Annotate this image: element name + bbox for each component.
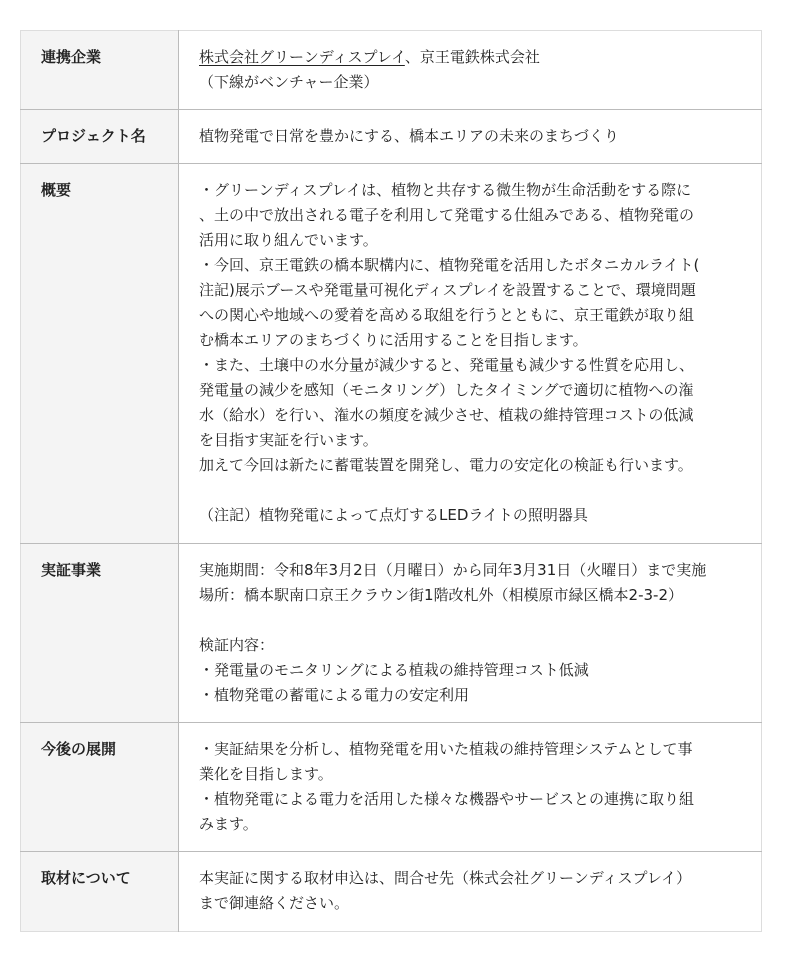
summary-line: を目指す実証を行います。 — [199, 428, 743, 453]
summary-line: ・グリーンディスプレイは、植物と共存する微生物が生命活動をする際に — [199, 178, 743, 203]
row-value-demonstration: 実施期間：令和8年3月2日（月曜日）から同年3月31日（火曜日）まで実施 場所：… — [179, 544, 762, 723]
table-row-press-inquiries: 取材について 本実証に関する取材申込は、問合せ先（株式会社グリーンディスプレイ）… — [21, 852, 762, 932]
demo-verification-item: ・発電量のモニタリングによる植栽の維持管理コスト低減 — [199, 658, 743, 683]
row-value-partners: 株式会社グリーンディスプレイ、京王電鉄株式会社 （下線がベンチャー企業） — [179, 31, 762, 110]
press-line: まで御連絡ください。 — [199, 891, 743, 916]
future-line: 業化を目指します。 — [199, 762, 743, 787]
partners-line: 株式会社グリーンディスプレイ、京王電鉄株式会社 — [199, 45, 743, 70]
table-row-future-plans: 今後の展開 ・実証結果を分析し、植物発電を用いた植栽の維持管理システムとして事 … — [21, 723, 762, 852]
summary-line: ・今回、京王電鉄の橋本駅構内に、植物発電を活用したボタニカルライト( — [199, 253, 743, 278]
table-row-partners: 連携企業 株式会社グリーンディスプレイ、京王電鉄株式会社 （下線がベンチャー企業… — [21, 31, 762, 110]
demo-location: 場所：橋本駅南口京王クラウン街1階改札外（相模原市緑区橋本2-3-2） — [199, 583, 743, 608]
demo-period: 実施期間：令和8年3月2日（月曜日）から同年3月31日（火曜日）まで実施 — [199, 558, 743, 583]
demo-blank-line — [199, 608, 743, 633]
summary-line: への関心や地域への愛着を高める取組を行うとともに、京王電鉄が取り組 — [199, 303, 743, 328]
row-value-future-plans: ・実証結果を分析し、植物発電を用いた植栽の維持管理システムとして事 業化を目指し… — [179, 723, 762, 852]
row-value-project-name: 植物発電で日常を豊かにする、橋本エリアの未来のまちづくり — [179, 110, 762, 164]
future-line: みます。 — [199, 812, 743, 837]
row-label-demonstration: 実証事業 — [21, 544, 179, 723]
future-line: ・植物発電による電力を活用した様々な機器やサービスとの連携に取り組 — [199, 787, 743, 812]
summary-line: ・また、土壌中の水分量が減少すると、発電量も減少する性質を応用し、 — [199, 353, 743, 378]
row-value-summary: ・グリーンディスプレイは、植物と共存する微生物が生命活動をする際に 、土の中で放… — [179, 164, 762, 544]
demo-verification-heading: 検証内容： — [199, 633, 743, 658]
row-label-press-inquiries: 取材について — [21, 852, 179, 932]
summary-line: む橋本エリアのまちづくりに活用することを目指します。 — [199, 328, 743, 353]
partner-company-name: 京王電鉄株式会社 — [420, 48, 540, 66]
summary-blank-line — [199, 478, 743, 503]
partners-note: （下線がベンチャー企業） — [199, 70, 743, 95]
partners-separator: 、 — [405, 48, 420, 66]
project-name-text: 植物発電で日常を豊かにする、橋本エリアの未来のまちづくり — [199, 124, 743, 149]
future-line: ・実証結果を分析し、植物発電を用いた植栽の維持管理システムとして事 — [199, 737, 743, 762]
venture-company-name: 株式会社グリーンディスプレイ — [199, 48, 405, 66]
table-row-demonstration: 実証事業 実施期間：令和8年3月2日（月曜日）から同年3月31日（火曜日）まで実… — [21, 544, 762, 723]
row-label-partners: 連携企業 — [21, 31, 179, 110]
press-line: 本実証に関する取材申込は、問合せ先（株式会社グリーンディスプレイ） — [199, 866, 743, 891]
summary-line: 活用に取り組んでいます。 — [199, 228, 743, 253]
row-label-project-name: プロジェクト名 — [21, 110, 179, 164]
table-row-project-name: プロジェクト名 植物発電で日常を豊かにする、橋本エリアの未来のまちづくり — [21, 110, 762, 164]
row-value-press-inquiries: 本実証に関する取材申込は、問合せ先（株式会社グリーンディスプレイ） まで御連絡く… — [179, 852, 762, 932]
summary-line: 発電量の減少を感知（モニタリング）したタイミングで適切に植物への潅 — [199, 378, 743, 403]
table-row-summary: 概要 ・グリーンディスプレイは、植物と共存する微生物が生命活動をする際に 、土の… — [21, 164, 762, 544]
row-label-summary: 概要 — [21, 164, 179, 544]
demo-verification-item: ・植物発電の蓄電による電力の安定利用 — [199, 683, 743, 708]
project-info-table: 連携企業 株式会社グリーンディスプレイ、京王電鉄株式会社 （下線がベンチャー企業… — [20, 30, 762, 932]
summary-line: 、土の中で放出される電子を利用して発電する仕組みである、植物発電の — [199, 203, 743, 228]
summary-line: 水（給水）を行い、潅水の頻度を減少させ、植栽の維持管理コストの低減 — [199, 403, 743, 428]
summary-footnote: （注記）植物発電によって点灯するLEDライトの照明器具 — [199, 503, 743, 528]
summary-line: 注記)展示ブースや発電量可視化ディスプレイを設置することで、環境問題 — [199, 278, 743, 303]
summary-line: 加えて今回は新たに蓄電装置を開発し、電力の安定化の検証も行います。 — [199, 453, 743, 478]
row-label-future-plans: 今後の展開 — [21, 723, 179, 852]
